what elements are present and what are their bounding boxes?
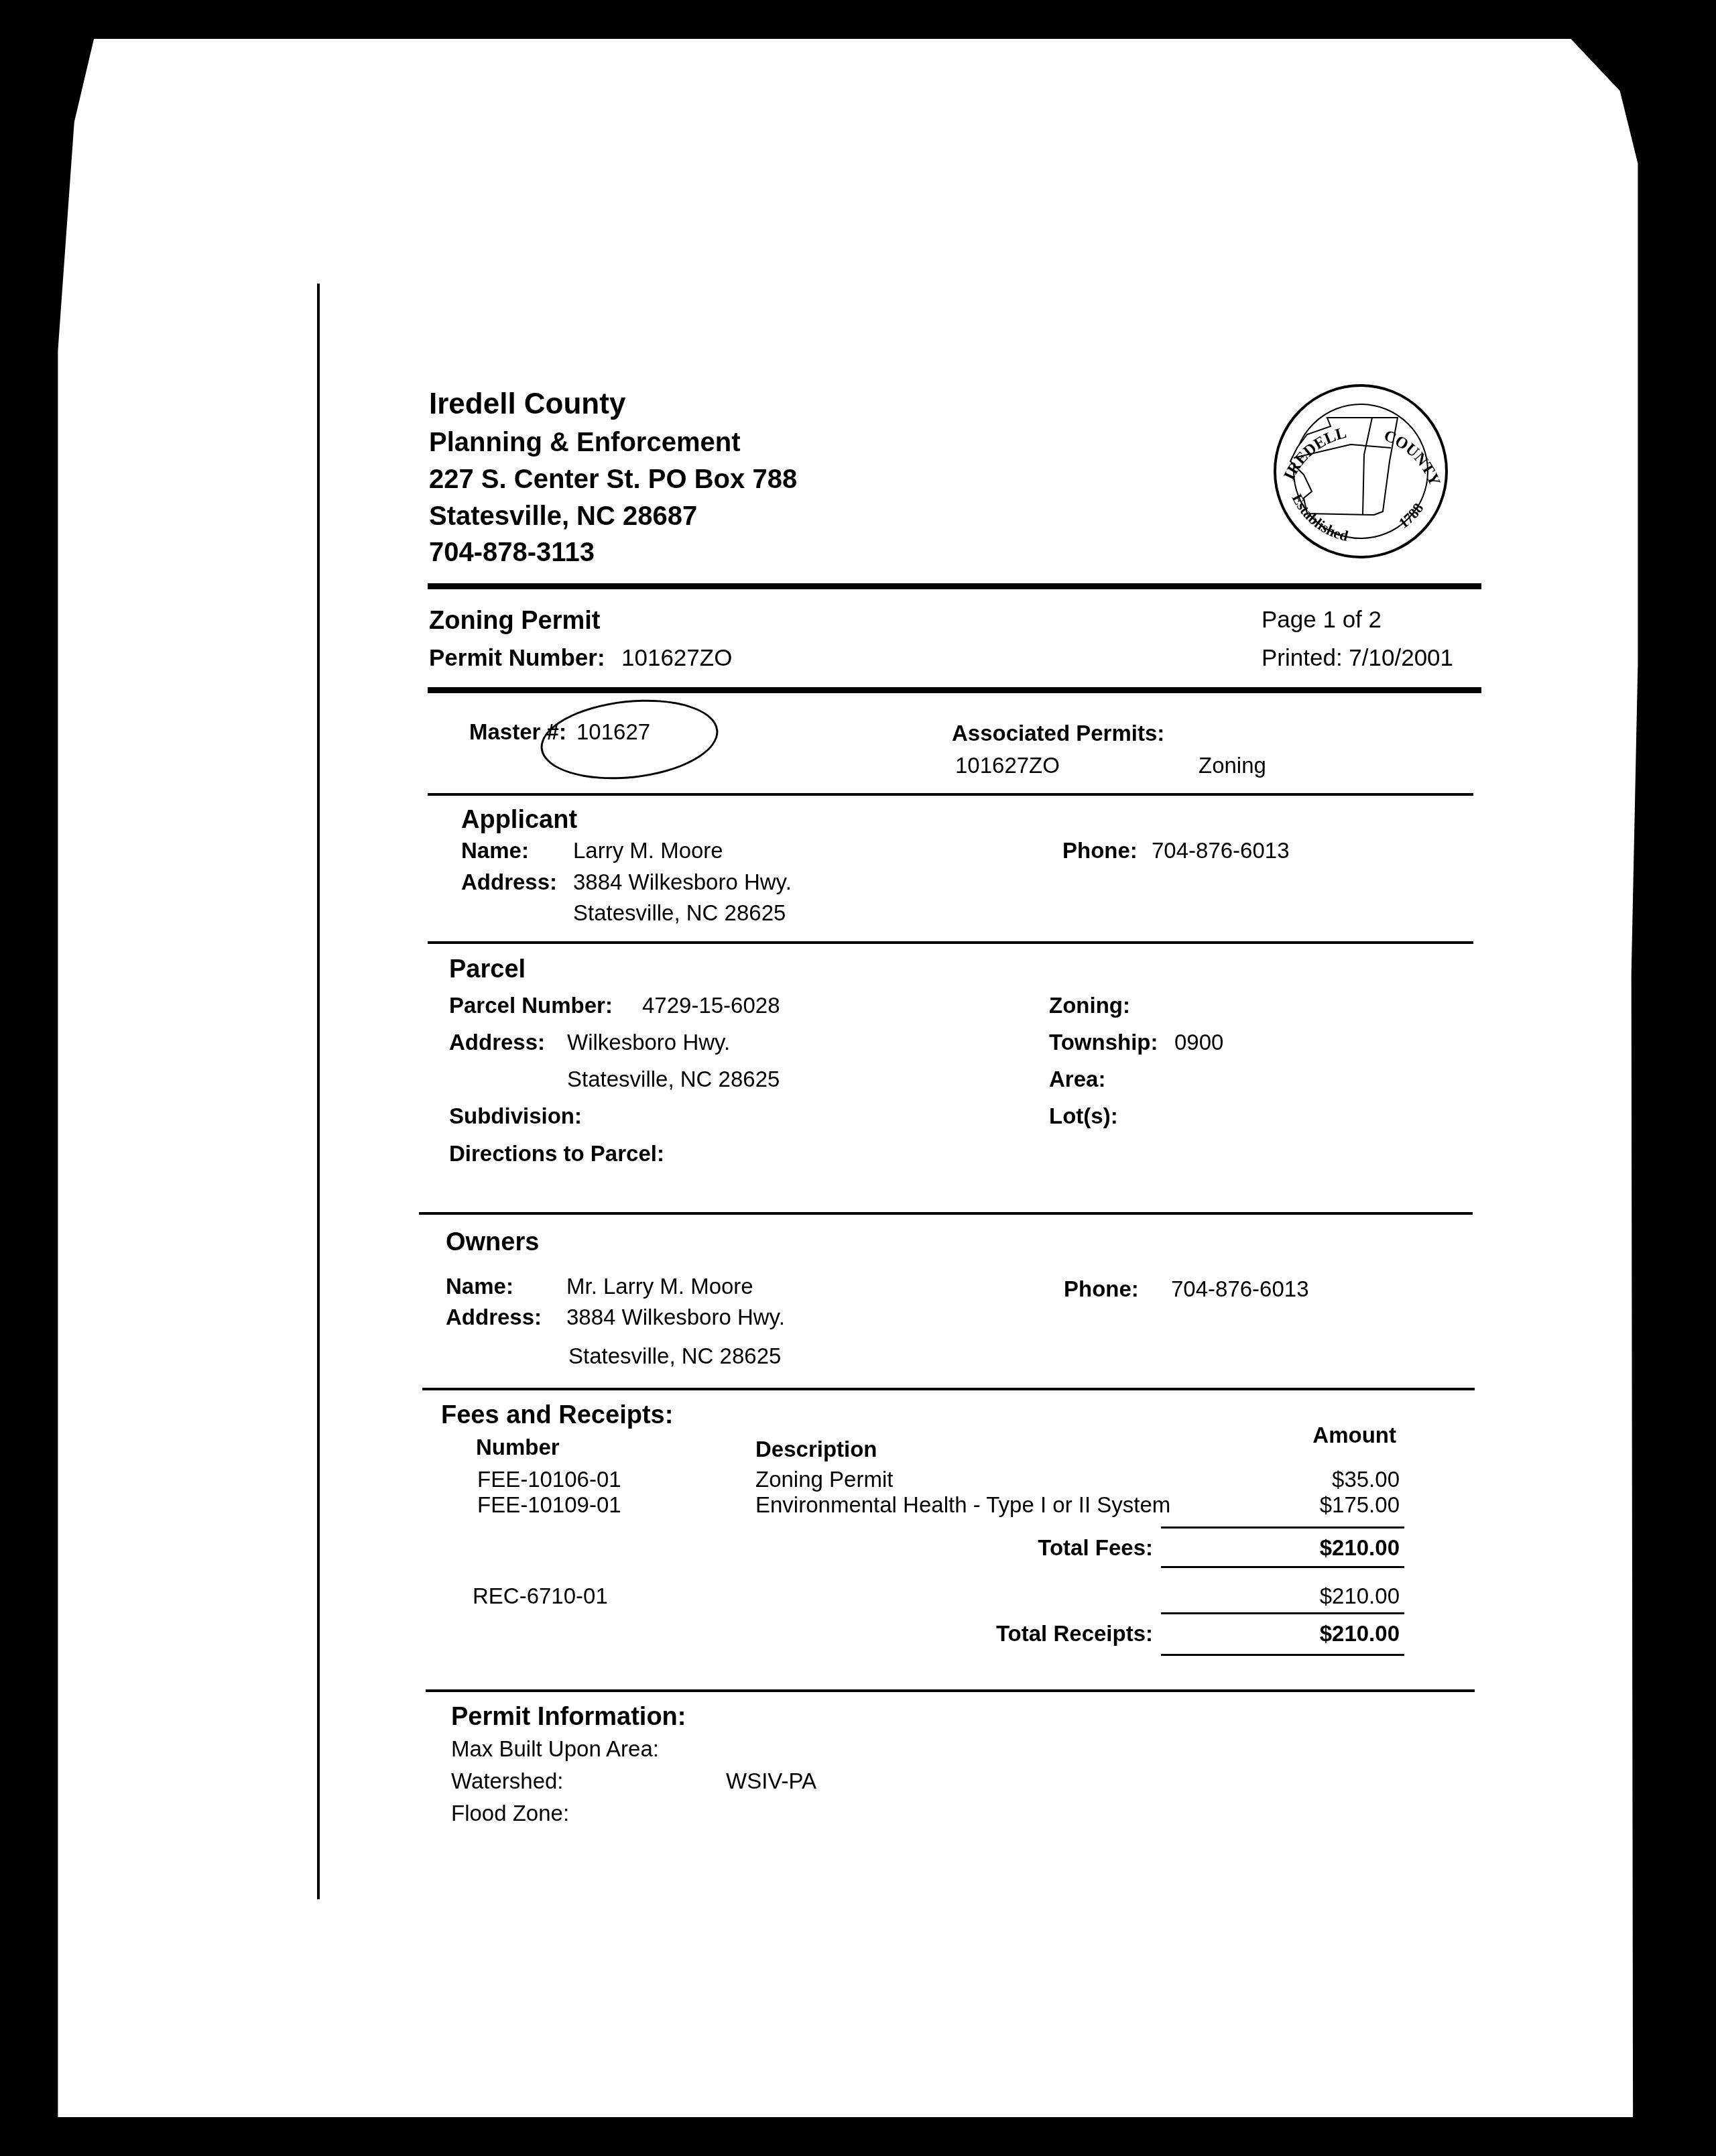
applicant-phone: 704-876-6013: [1152, 838, 1290, 863]
fees-heading: Fees and Receipts:: [441, 1401, 673, 1430]
permit-rule: [428, 687, 1481, 693]
printed-date: Printed: 7/10/2001: [1262, 645, 1453, 672]
total-rule: [1161, 1566, 1404, 1568]
county-map-seal-icon: IREDELL COUNTY Established 1788: [1264, 381, 1458, 558]
permit-info-heading: Permit Information:: [451, 1703, 686, 1732]
owner-name: Mr. Larry M. Moore: [566, 1274, 753, 1299]
org-city: Statesville, NC 28687: [429, 501, 697, 532]
org-address: 227 S. Center St. PO Box 788: [429, 465, 797, 495]
parcel-number-label: Parcel Number:: [449, 993, 613, 1018]
owner-phone-label: Phone:: [1064, 1276, 1139, 1302]
header-rule: [428, 583, 1481, 589]
fee-number: FEE-10109-01: [477, 1492, 621, 1518]
total-rule: [1161, 1612, 1404, 1614]
owner-name-label: Name:: [446, 1274, 513, 1299]
permit-title: Zoning Permit: [429, 607, 600, 636]
applicant-name-label: Name:: [461, 838, 529, 863]
page-indicator: Page 1 of 2: [1262, 607, 1382, 634]
section-rule: [419, 1212, 1473, 1215]
section-rule: [428, 793, 1473, 796]
owner-address-2: Statesville, NC 28625: [568, 1343, 781, 1369]
flood-zone-label: Flood Zone:: [451, 1801, 569, 1826]
fee-number: FEE-10106-01: [477, 1467, 621, 1492]
area-label: Area:: [1049, 1067, 1105, 1092]
zoning-label: Zoning:: [1049, 993, 1130, 1018]
parcel-address-label: Address:: [449, 1030, 545, 1055]
fee-amount: $175.00: [1232, 1492, 1400, 1518]
subdivision-label: Subdivision:: [449, 1103, 582, 1129]
total-receipts-value: $210.00: [1232, 1621, 1400, 1646]
org-name: Iredell County: [429, 387, 625, 421]
fee-description: Environmental Health - Type I or II Syst…: [755, 1492, 1170, 1518]
watershed-value: WSIV-PA: [726, 1769, 816, 1794]
section-rule: [428, 941, 1473, 944]
owner-address-label: Address:: [446, 1305, 542, 1330]
permit-number: 101627ZO: [621, 645, 732, 672]
fees-col-description: Description: [755, 1437, 877, 1462]
org-phone: 704-878-3113: [429, 538, 595, 568]
applicant-heading: Applicant: [461, 806, 577, 835]
owner-address-1: 3884 Wilkesboro Hwy.: [566, 1305, 785, 1330]
parcel-address-2: Statesville, NC 28625: [567, 1067, 780, 1092]
lots-label: Lot(s):: [1049, 1103, 1118, 1129]
owners-heading: Owners: [446, 1228, 539, 1257]
applicant-address-2: Statesville, NC 28625: [573, 900, 786, 926]
fees-col-amount: Amount: [1229, 1423, 1396, 1448]
department: Planning & Enforcement: [429, 428, 741, 458]
section-rule: [422, 1388, 1475, 1390]
associated-permit-type: Zoning: [1199, 753, 1266, 778]
watershed-label: Watershed:: [451, 1769, 564, 1794]
margin-line: [317, 284, 320, 1899]
section-rule: [426, 1689, 1475, 1692]
associated-permits-label: Associated Permits:: [952, 721, 1164, 746]
scanned-page: [42, 39, 1677, 2117]
applicant-name: Larry M. Moore: [573, 838, 723, 863]
fee-description: Zoning Permit: [755, 1467, 893, 1492]
total-rule: [1161, 1654, 1404, 1656]
applicant-address-1: 3884 Wilkesboro Hwy.: [573, 870, 792, 895]
township-label: Township:: [1049, 1030, 1158, 1055]
total-fees-value: $210.00: [1232, 1535, 1400, 1561]
parcel-number: 4729-15-6028: [642, 993, 780, 1018]
applicant-phone-label: Phone:: [1062, 838, 1138, 863]
permit-number-label: Permit Number:: [429, 645, 605, 672]
total-rule: [1161, 1526, 1404, 1529]
owner-phone: 704-876-6013: [1171, 1276, 1309, 1302]
receipt-number: REC-6710-01: [473, 1583, 608, 1609]
fee-amount: $35.00: [1232, 1467, 1400, 1492]
applicant-address-label: Address:: [461, 870, 557, 895]
parcel-address-1: Wilkesboro Hwy.: [567, 1030, 730, 1055]
total-fees-label: Total Fees:: [1026, 1535, 1153, 1561]
svg-text:1788: 1788: [1396, 500, 1427, 532]
parcel-heading: Parcel: [449, 955, 526, 984]
max-built-label: Max Built Upon Area:: [451, 1736, 659, 1762]
township-value: 0900: [1174, 1030, 1223, 1055]
directions-label: Directions to Parcel:: [449, 1141, 664, 1166]
associated-permit-number: 101627ZO: [955, 753, 1060, 778]
fees-col-number: Number: [476, 1435, 560, 1460]
total-receipts-label: Total Receipts:: [952, 1621, 1153, 1646]
receipt-amount: $210.00: [1232, 1583, 1400, 1609]
